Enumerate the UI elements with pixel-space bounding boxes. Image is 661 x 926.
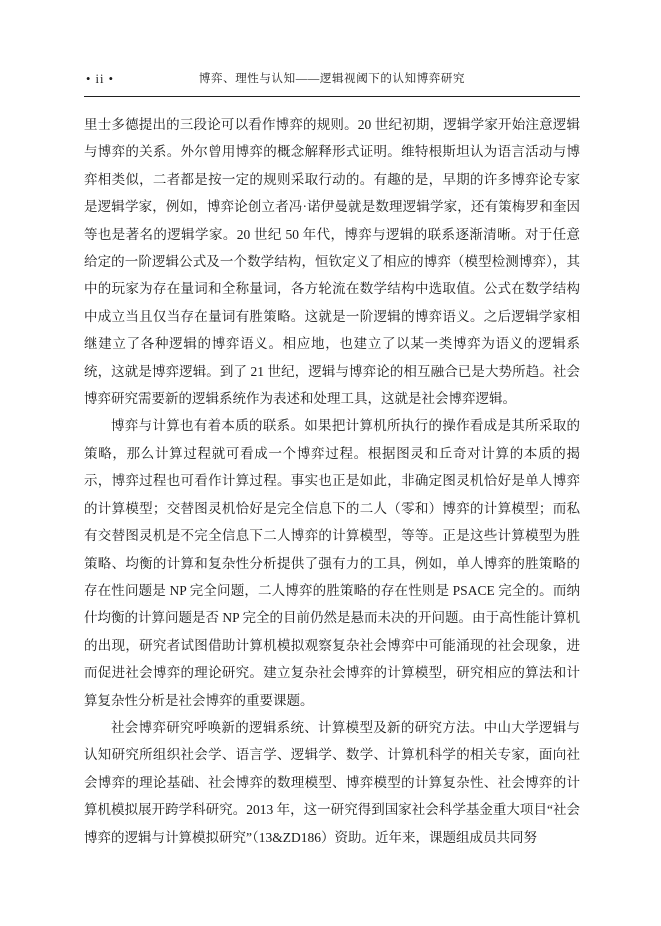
page-body: 里士多德提出的三段论可以看作博弈的规则。20 世纪初期，逻辑学家开始注意逻辑与博… bbox=[84, 111, 580, 851]
paragraph-2: 博弈与计算也有着本质的联系。如果把计算机所执行的操作看成是其所采取的策略，那么计… bbox=[84, 412, 580, 713]
page-header: • ii • 博弈、理性与认知——逻辑视阈下的认知博弈研究 bbox=[84, 0, 580, 96]
running-title: 博弈、理性与认知——逻辑视阈下的认知博弈研究 bbox=[199, 73, 465, 85]
document-page: • ii • 博弈、理性与认知——逻辑视阈下的认知博弈研究 里士多德提出的三段论… bbox=[0, 0, 661, 926]
paragraph-3: 社会博弈研究呼唤新的逻辑系统、计算模型及新的研究方法。中山大学逻辑与认知研究所组… bbox=[84, 714, 580, 851]
paragraph-1: 里士多德提出的三段论可以看作博弈的规则。20 世纪初期，逻辑学家开始注意逻辑与博… bbox=[84, 111, 580, 412]
page-number: • ii • bbox=[86, 72, 114, 87]
header-rule bbox=[84, 96, 580, 97]
